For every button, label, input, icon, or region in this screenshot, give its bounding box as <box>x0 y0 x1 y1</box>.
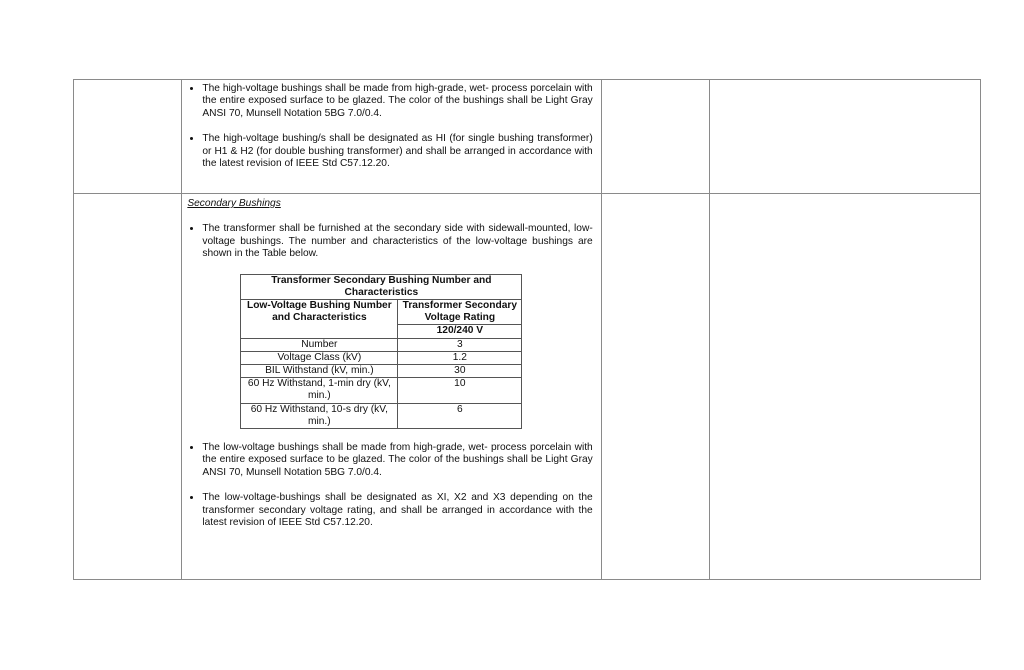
row-label: Number <box>241 338 398 351</box>
row-value: 30 <box>398 365 522 378</box>
spec-row-high-voltage: The high-voltage bushings shall be made … <box>74 80 981 194</box>
spec-text-cell: The high-voltage bushings shall be made … <box>182 80 601 194</box>
table-row: Number 3 <box>241 338 522 351</box>
row-label: BIL Withstand (kV, min.) <box>241 365 398 378</box>
table-title: Transformer Secondary Bushing Number and… <box>241 274 522 299</box>
spec-text-cell: Secondary Bushings The transformer shall… <box>182 194 601 580</box>
row-label: Voltage Class (kV) <box>241 351 398 364</box>
compliance-cell <box>601 80 709 194</box>
bullet-hv-designation: The high-voltage bushing/s shall be desi… <box>202 133 592 170</box>
item-cell <box>74 194 182 580</box>
bullet-lv-material: The low-voltage bushings shall be made f… <box>202 442 592 479</box>
secondary-bushing-table: Transformer Secondary Bushing Number and… <box>240 274 522 429</box>
column-header-voltage-rating: Transformer Secondary Voltage Rating <box>398 300 522 325</box>
table-row: 60 Hz Withstand, 1-min dry (kV, min.) 10 <box>241 378 522 403</box>
table-row: Voltage Class (kV) 1.2 <box>241 351 522 364</box>
bullet-list: The transformer shall be furnished at th… <box>188 223 592 260</box>
bullet-hv-material: The high-voltage bushings shall be made … <box>202 83 592 120</box>
spec-row-secondary-bushings: Secondary Bushings The transformer shall… <box>74 194 981 580</box>
row-value: 3 <box>398 338 522 351</box>
column-header-characteristics: Low-Voltage Bushing Number and Character… <box>241 300 398 339</box>
row-label: 60 Hz Withstand, 1-min dry (kV, min.) <box>241 378 398 403</box>
table-row: BIL Withstand (kV, min.) 30 <box>241 365 522 378</box>
bullet-list: The high-voltage bushings shall be made … <box>188 83 592 170</box>
row-value: 1.2 <box>398 351 522 364</box>
row-value: 10 <box>398 378 522 403</box>
bullet-list: The low-voltage bushings shall be made f… <box>188 442 592 529</box>
row-label: 60 Hz Withstand, 10-s dry (kV, min.) <box>241 403 398 428</box>
bullet-lv-designation: The low-voltage-bushings shall be design… <box>202 492 592 529</box>
remarks-cell <box>710 80 981 194</box>
section-heading: Secondary Bushings <box>187 198 592 210</box>
compliance-cell <box>601 194 709 580</box>
column-subheader-voltage: 120/240 V <box>398 325 522 338</box>
item-cell <box>74 80 182 194</box>
specification-table: The high-voltage bushings shall be made … <box>73 79 981 580</box>
row-value: 6 <box>398 403 522 428</box>
table-row: 60 Hz Withstand, 10-s dry (kV, min.) 6 <box>241 403 522 428</box>
bullet-lv-intro: The transformer shall be furnished at th… <box>202 223 592 260</box>
remarks-cell <box>710 194 981 580</box>
